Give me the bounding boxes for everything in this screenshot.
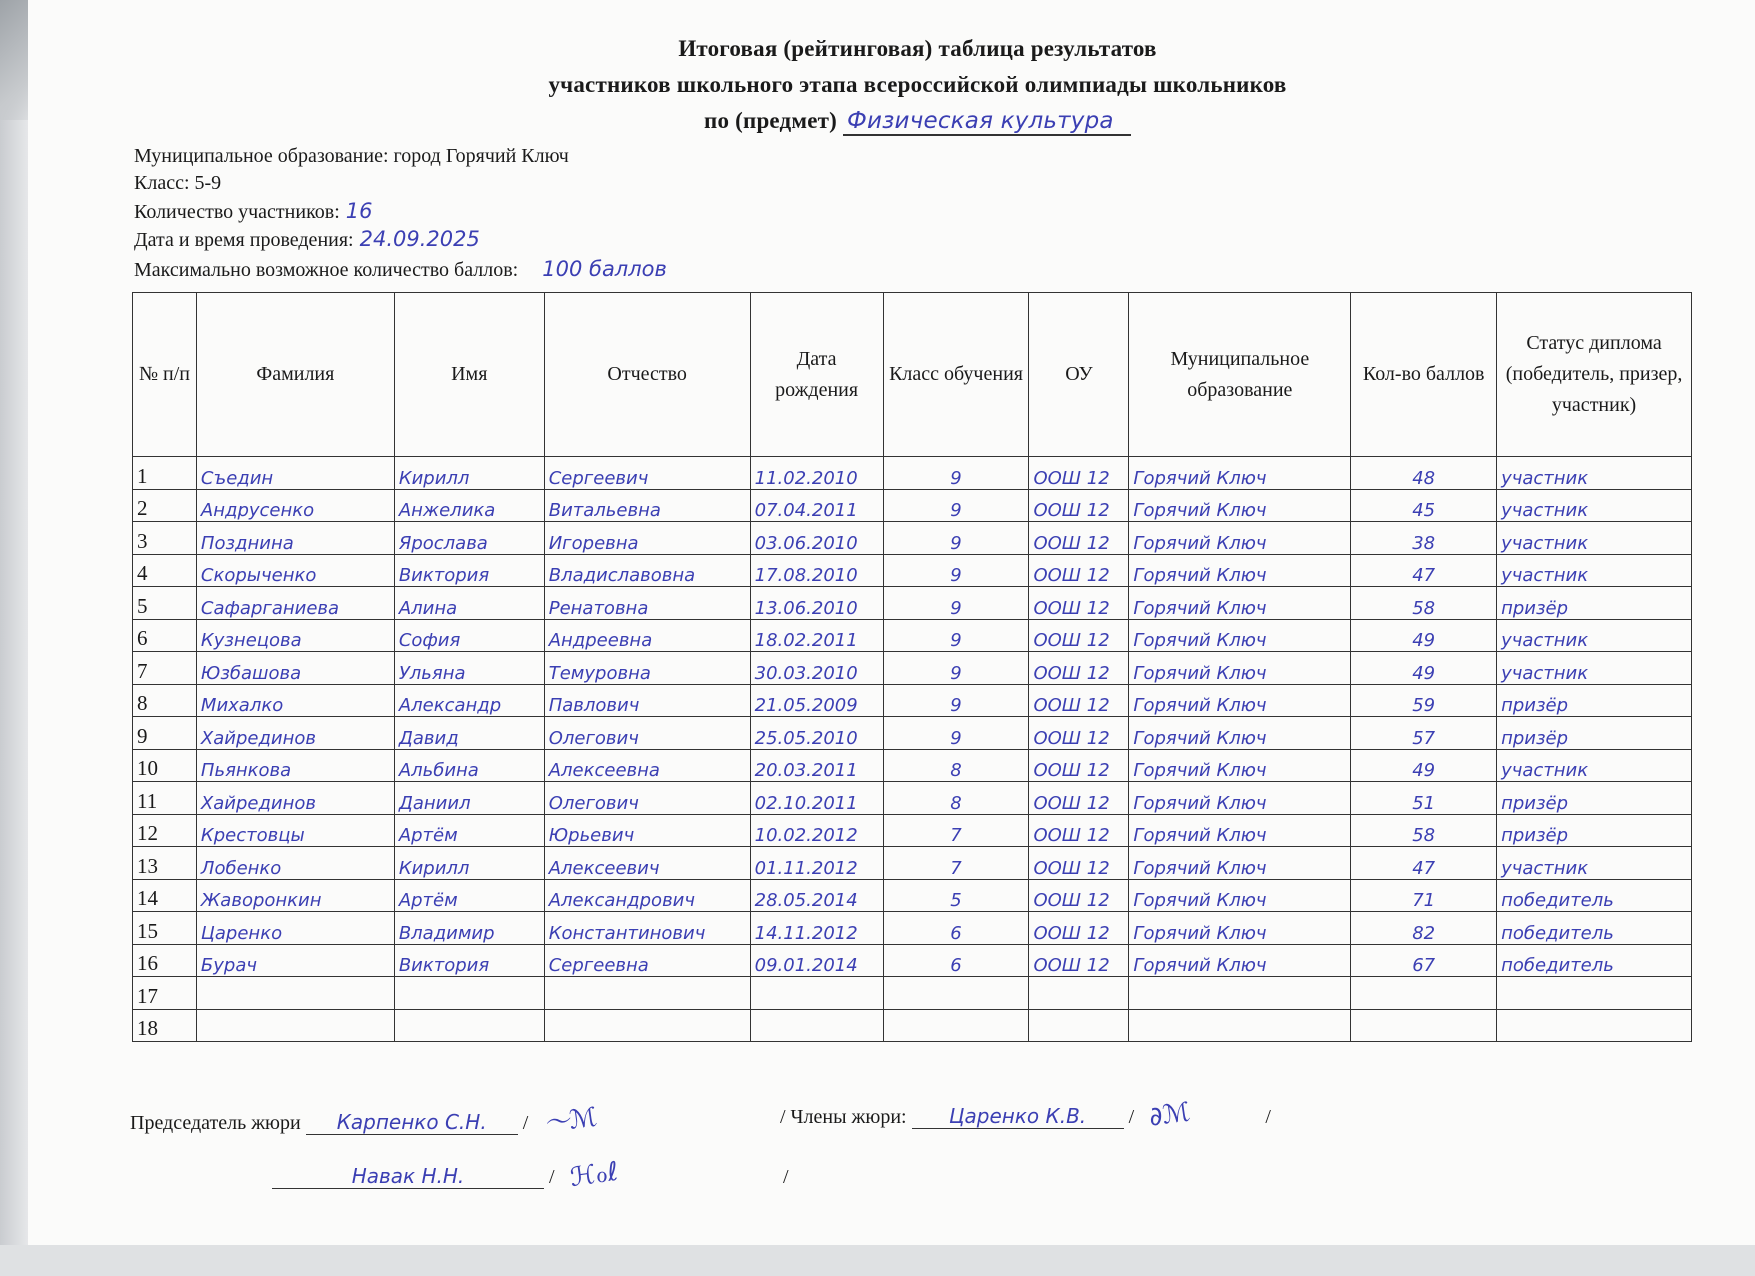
cell-score: 57 bbox=[1351, 717, 1497, 750]
cell-n: 11 bbox=[133, 782, 197, 815]
date-label: Дата и время проведения: bbox=[134, 229, 354, 251]
document-title-line1: Итоговая (рейтинговая) таблица результат… bbox=[40, 36, 1755, 62]
members-label: / Члены жюри: bbox=[780, 1106, 907, 1128]
chair-signature-icon: 〜ℳ bbox=[541, 1096, 599, 1140]
member2-signature-icon: ℋℴℓ bbox=[568, 1157, 620, 1193]
column-header: Фамилия bbox=[196, 293, 394, 457]
cell-school: ООШ 12 bbox=[1029, 587, 1129, 620]
cell-surname: Крестовцы bbox=[196, 814, 394, 847]
cell-n: 8 bbox=[133, 684, 197, 717]
cell-status: победитель bbox=[1497, 879, 1692, 912]
cell-surname: Пьянкова bbox=[196, 749, 394, 782]
cell-name: Ярослава bbox=[394, 522, 544, 555]
column-header: № п/п bbox=[133, 293, 197, 457]
cell-grade: 9 bbox=[883, 717, 1029, 750]
max-score-label: Максимально возможное количество баллов: bbox=[134, 259, 518, 281]
table-row: 3ПозднинаЯрославаИгоревна03.06.20109ООШ … bbox=[133, 522, 1692, 555]
table-row: 2АндрусенкоАнжеликаВитальевна07.04.20119… bbox=[133, 489, 1692, 522]
cell-name: Артём bbox=[394, 814, 544, 847]
cell-school: ООШ 12 bbox=[1029, 912, 1129, 945]
table-row: 12КрестовцыАртёмЮрьевич10.02.20127ООШ 12… bbox=[133, 814, 1692, 847]
cell-grade: 9 bbox=[883, 522, 1029, 555]
cell-name bbox=[394, 1009, 544, 1042]
separator: / bbox=[783, 1166, 789, 1188]
subject-value: Физическая культура bbox=[843, 108, 1131, 136]
meta-participants: Количество участников:16 bbox=[134, 199, 373, 224]
cell-score bbox=[1351, 1009, 1497, 1042]
cell-name: Альбина bbox=[394, 749, 544, 782]
cell-name: Владимир bbox=[394, 912, 544, 945]
cell-grade: 9 bbox=[883, 587, 1029, 620]
cell-patronymic: Ренатовна bbox=[544, 587, 750, 620]
table-row: 4СкорыченкоВикторияВладиславовна17.08.20… bbox=[133, 554, 1692, 587]
cell-score: 51 bbox=[1351, 782, 1497, 815]
cell-surname: Михалко bbox=[196, 684, 394, 717]
cell-name: Анжелика bbox=[394, 489, 544, 522]
cell-school: ООШ 12 bbox=[1029, 717, 1129, 750]
cell-name: Виктория bbox=[394, 554, 544, 587]
cell-patronymic: Олегович bbox=[544, 782, 750, 815]
cell-grade: 7 bbox=[883, 847, 1029, 880]
cell-status: победитель bbox=[1497, 912, 1692, 945]
column-header: Отчество bbox=[544, 293, 750, 457]
cell-municipality: Горячий Ключ bbox=[1129, 912, 1351, 945]
cell-surname bbox=[196, 977, 394, 1010]
cell-patronymic: Темуровна bbox=[544, 652, 750, 685]
cell-score: 59 bbox=[1351, 684, 1497, 717]
table-row: 8МихалкоАлександрПавлович21.05.20099ООШ … bbox=[133, 684, 1692, 717]
date-value: 24.09.2025 bbox=[360, 227, 480, 251]
cell-school: ООШ 12 bbox=[1029, 814, 1129, 847]
cell-status: участник bbox=[1497, 749, 1692, 782]
cell-school: ООШ 12 bbox=[1029, 847, 1129, 880]
cell-municipality: Горячий Ключ bbox=[1129, 847, 1351, 880]
cell-n: 13 bbox=[133, 847, 197, 880]
table-row: 9ХайрединовДавидОлегович25.05.20109ООШ 1… bbox=[133, 717, 1692, 750]
cell-n: 9 bbox=[133, 717, 197, 750]
cell-patronymic: Андреевна bbox=[544, 619, 750, 652]
cell-name: Александр bbox=[394, 684, 544, 717]
cell-patronymic: Олегович bbox=[544, 717, 750, 750]
cell-patronymic: Александрович bbox=[544, 879, 750, 912]
cell-surname: Съедин bbox=[196, 457, 394, 490]
cell-patronymic: Константинович bbox=[544, 912, 750, 945]
participants-value: 16 bbox=[346, 199, 373, 223]
column-header: Имя bbox=[394, 293, 544, 457]
cell-status: призёр bbox=[1497, 782, 1692, 815]
table-row: 11ХайрединовДаниилОлегович02.10.20118ООШ… bbox=[133, 782, 1692, 815]
chair-label: Председатель жюри bbox=[130, 1112, 301, 1134]
cell-dob: 17.08.2010 bbox=[750, 554, 883, 587]
cell-status: победитель bbox=[1497, 944, 1692, 977]
table-row: 18 bbox=[133, 1009, 1692, 1042]
cell-score: 67 bbox=[1351, 944, 1497, 977]
cell-municipality: Горячий Ключ bbox=[1129, 782, 1351, 815]
cell-status: участник bbox=[1497, 847, 1692, 880]
column-header: Кол-во баллов bbox=[1351, 293, 1497, 457]
cell-n: 5 bbox=[133, 587, 197, 620]
cell-n: 1 bbox=[133, 457, 197, 490]
cell-school: ООШ 12 bbox=[1029, 554, 1129, 587]
cell-name: Алина bbox=[394, 587, 544, 620]
cell-municipality: Горячий Ключ bbox=[1129, 522, 1351, 555]
cell-school bbox=[1029, 1009, 1129, 1042]
cell-surname: Лобенко bbox=[196, 847, 394, 880]
cell-score: 58 bbox=[1351, 587, 1497, 620]
cell-municipality: Горячий Ключ bbox=[1129, 684, 1351, 717]
cell-school: ООШ 12 bbox=[1029, 944, 1129, 977]
cell-n: 14 bbox=[133, 879, 197, 912]
cell-grade: 9 bbox=[883, 489, 1029, 522]
cell-school bbox=[1029, 977, 1129, 1010]
meta-class: Класс: 5-9 bbox=[134, 172, 221, 195]
cell-municipality: Горячий Ключ bbox=[1129, 749, 1351, 782]
cell-score: 58 bbox=[1351, 814, 1497, 847]
column-header: ОУ bbox=[1029, 293, 1129, 457]
cell-patronymic: Павлович bbox=[544, 684, 750, 717]
cell-score: 47 bbox=[1351, 847, 1497, 880]
meta-date: Дата и время проведения:24.09.2025 bbox=[134, 227, 480, 252]
cell-grade: 5 bbox=[883, 879, 1029, 912]
cell-school: ООШ 12 bbox=[1029, 879, 1129, 912]
cell-patronymic bbox=[544, 977, 750, 1010]
cell-school: ООШ 12 bbox=[1029, 684, 1129, 717]
column-header: Муниципальное образование bbox=[1129, 293, 1351, 457]
cell-name: Кирилл bbox=[394, 847, 544, 880]
cell-score: 49 bbox=[1351, 749, 1497, 782]
cell-n: 6 bbox=[133, 619, 197, 652]
cell-surname: Хайрединов bbox=[196, 717, 394, 750]
cell-surname: Сафарганиева bbox=[196, 587, 394, 620]
cell-municipality: Горячий Ключ bbox=[1129, 944, 1351, 977]
cell-dob: 20.03.2011 bbox=[750, 749, 883, 782]
document-title-line2: участников школьного этапа всероссийской… bbox=[40, 72, 1755, 98]
cell-dob: 09.01.2014 bbox=[750, 944, 883, 977]
cell-dob: 18.02.2011 bbox=[750, 619, 883, 652]
cell-grade: 9 bbox=[883, 684, 1029, 717]
cell-n: 10 bbox=[133, 749, 197, 782]
cell-municipality: Горячий Ключ bbox=[1129, 879, 1351, 912]
member2-name: Навак Н.Н. bbox=[272, 1164, 544, 1189]
cell-municipality: Горячий Ключ bbox=[1129, 554, 1351, 587]
cell-school: ООШ 12 bbox=[1029, 489, 1129, 522]
cell-municipality: Горячий Ключ bbox=[1129, 587, 1351, 620]
cell-school: ООШ 12 bbox=[1029, 522, 1129, 555]
cell-n: 16 bbox=[133, 944, 197, 977]
cell-status: участник bbox=[1497, 652, 1692, 685]
cell-surname: Бурач bbox=[196, 944, 394, 977]
table-row: 17 bbox=[133, 977, 1692, 1010]
cell-status bbox=[1497, 1009, 1692, 1042]
cell-surname: Хайрединов bbox=[196, 782, 394, 815]
cell-patronymic: Алексеевна bbox=[544, 749, 750, 782]
cell-status: призёр bbox=[1497, 814, 1692, 847]
table-row: 14ЖаворонкинАртёмАлександрович28.05.2014… bbox=[133, 879, 1692, 912]
cell-n: 18 bbox=[133, 1009, 197, 1042]
cell-dob: 21.05.2009 bbox=[750, 684, 883, 717]
cell-name: Артём bbox=[394, 879, 544, 912]
cell-grade: 8 bbox=[883, 782, 1029, 815]
cell-municipality bbox=[1129, 1009, 1351, 1042]
cell-dob: 14.11.2012 bbox=[750, 912, 883, 945]
cell-dob: 02.10.2011 bbox=[750, 782, 883, 815]
cell-dob: 25.05.2010 bbox=[750, 717, 883, 750]
cell-dob: 03.06.2010 bbox=[750, 522, 883, 555]
cell-grade: 9 bbox=[883, 619, 1029, 652]
cell-score: 48 bbox=[1351, 457, 1497, 490]
results-table: № п/пФамилияИмяОтчествоДата рожденияКлас… bbox=[132, 292, 1692, 1042]
cell-n: 3 bbox=[133, 522, 197, 555]
cell-score bbox=[1351, 977, 1497, 1010]
cell-name bbox=[394, 977, 544, 1010]
table-header-row: № п/пФамилияИмяОтчествоДата рожденияКлас… bbox=[133, 293, 1692, 457]
cell-municipality: Горячий Ключ bbox=[1129, 489, 1351, 522]
cell-status: призёр bbox=[1497, 684, 1692, 717]
separator: / bbox=[523, 1112, 529, 1134]
cell-municipality: Горячий Ключ bbox=[1129, 717, 1351, 750]
cell-name: Даниил bbox=[394, 782, 544, 815]
jury-members: / Члены жюри: Царенко К.В. / ∂ℳ / bbox=[780, 1100, 1271, 1130]
cell-name: Кирилл bbox=[394, 457, 544, 490]
cell-status: участник bbox=[1497, 554, 1692, 587]
cell-n: 12 bbox=[133, 814, 197, 847]
member1-signature-icon: ∂ℳ bbox=[1147, 1097, 1192, 1132]
document-title-subject: по (предмет) Физическая культура bbox=[40, 108, 1755, 136]
separator: / bbox=[549, 1166, 555, 1188]
cell-score: 82 bbox=[1351, 912, 1497, 945]
cell-dob: 10.02.2012 bbox=[750, 814, 883, 847]
table-row: 16БурачВикторияСергеевна09.01.20146ООШ 1… bbox=[133, 944, 1692, 977]
cell-patronymic: Сергеевна bbox=[544, 944, 750, 977]
jury-chair: Председатель жюри Карпенко С.Н. / 〜ℳ bbox=[130, 1100, 607, 1137]
cell-dob: 28.05.2014 bbox=[750, 879, 883, 912]
cell-grade: 9 bbox=[883, 457, 1029, 490]
cell-dob: 11.02.2010 bbox=[750, 457, 883, 490]
separator: / bbox=[1129, 1106, 1135, 1128]
participants-label: Количество участников: bbox=[134, 201, 340, 223]
jury-member2: Навак Н.Н. / ℋℴℓ / bbox=[272, 1160, 789, 1190]
cell-school: ООШ 12 bbox=[1029, 782, 1129, 815]
cell-municipality: Горячий Ключ bbox=[1129, 652, 1351, 685]
cell-name: Давид bbox=[394, 717, 544, 750]
cell-surname: Скорыченко bbox=[196, 554, 394, 587]
cell-grade: 7 bbox=[883, 814, 1029, 847]
cell-status: участник bbox=[1497, 489, 1692, 522]
cell-status: призёр bbox=[1497, 717, 1692, 750]
cell-patronymic: Алексеевич bbox=[544, 847, 750, 880]
cell-status: участник bbox=[1497, 619, 1692, 652]
member1-name: Царенко К.В. bbox=[912, 1104, 1124, 1129]
cell-score: 49 bbox=[1351, 619, 1497, 652]
table-row: 6КузнецоваСофияАндреевна18.02.20119ООШ 1… bbox=[133, 619, 1692, 652]
column-header: Дата рождения bbox=[750, 293, 883, 457]
cell-status: участник bbox=[1497, 522, 1692, 555]
meta-max-score: Максимально возможное количество баллов:… bbox=[134, 257, 667, 282]
cell-dob bbox=[750, 977, 883, 1010]
chair-name: Карпенко С.Н. bbox=[306, 1110, 518, 1135]
cell-municipality: Горячий Ключ bbox=[1129, 457, 1351, 490]
cell-n: 4 bbox=[133, 554, 197, 587]
cell-dob: 30.03.2010 bbox=[750, 652, 883, 685]
table-row: 7ЮзбашоваУльянаТемуровна30.03.20109ООШ 1… bbox=[133, 652, 1692, 685]
cell-grade: 9 bbox=[883, 652, 1029, 685]
cell-municipality bbox=[1129, 977, 1351, 1010]
scan-bottom-edge bbox=[0, 1245, 1755, 1276]
cell-school: ООШ 12 bbox=[1029, 457, 1129, 490]
cell-status bbox=[1497, 977, 1692, 1010]
cell-status: участник bbox=[1497, 457, 1692, 490]
cell-patronymic: Игоревна bbox=[544, 522, 750, 555]
cell-grade: 6 bbox=[883, 944, 1029, 977]
table-row: 5СафарганиеваАлинаРенатовна13.06.20109ОО… bbox=[133, 587, 1692, 620]
cell-school: ООШ 12 bbox=[1029, 749, 1129, 782]
cell-surname: Жаворонкин bbox=[196, 879, 394, 912]
cell-grade bbox=[883, 977, 1029, 1010]
cell-score: 47 bbox=[1351, 554, 1497, 587]
cell-grade bbox=[883, 1009, 1029, 1042]
cell-grade: 8 bbox=[883, 749, 1029, 782]
cell-score: 38 bbox=[1351, 522, 1497, 555]
cell-school: ООШ 12 bbox=[1029, 652, 1129, 685]
cell-name: Ульяна bbox=[394, 652, 544, 685]
cell-surname: Царенко bbox=[196, 912, 394, 945]
cell-surname: Кузнецова bbox=[196, 619, 394, 652]
subject-label: по (предмет) bbox=[704, 108, 837, 133]
cell-surname: Позднина bbox=[196, 522, 394, 555]
cell-dob bbox=[750, 1009, 883, 1042]
cell-municipality: Горячий Ключ bbox=[1129, 814, 1351, 847]
separator: / bbox=[1265, 1106, 1271, 1128]
cell-n: 17 bbox=[133, 977, 197, 1010]
scan-edge bbox=[0, 0, 28, 1276]
cell-name: София bbox=[394, 619, 544, 652]
cell-grade: 6 bbox=[883, 912, 1029, 945]
cell-score: 45 bbox=[1351, 489, 1497, 522]
table-row: 15ЦаренкоВладимирКонстантинович14.11.201… bbox=[133, 912, 1692, 945]
cell-score: 71 bbox=[1351, 879, 1497, 912]
cell-status: призёр bbox=[1497, 587, 1692, 620]
cell-municipality: Горячий Ключ bbox=[1129, 619, 1351, 652]
cell-n: 2 bbox=[133, 489, 197, 522]
column-header: Статус диплома (победитель, призер, учас… bbox=[1497, 293, 1692, 457]
cell-surname: Андрусенко bbox=[196, 489, 394, 522]
cell-grade: 9 bbox=[883, 554, 1029, 587]
table-row: 10ПьянковаАльбинаАлексеевна20.03.20118ОО… bbox=[133, 749, 1692, 782]
cell-surname: Юзбашова bbox=[196, 652, 394, 685]
cell-dob: 01.11.2012 bbox=[750, 847, 883, 880]
cell-patronymic: Витальевна bbox=[544, 489, 750, 522]
table-body: 1СъединКириллСергеевич11.02.20109ООШ 12Г… bbox=[133, 457, 1692, 1042]
cell-patronymic bbox=[544, 1009, 750, 1042]
cell-patronymic: Юрьевич bbox=[544, 814, 750, 847]
cell-dob: 13.06.2010 bbox=[750, 587, 883, 620]
cell-name: Виктория bbox=[394, 944, 544, 977]
column-header: Класс обучения bbox=[883, 293, 1029, 457]
cell-patronymic: Сергеевич bbox=[544, 457, 750, 490]
table-row: 1СъединКириллСергеевич11.02.20109ООШ 12Г… bbox=[133, 457, 1692, 490]
cell-n: 15 bbox=[133, 912, 197, 945]
cell-score: 49 bbox=[1351, 652, 1497, 685]
cell-patronymic: Владиславовна bbox=[544, 554, 750, 587]
meta-municipality: Муниципальное образование: город Горячий… bbox=[134, 145, 569, 168]
cell-school: ООШ 12 bbox=[1029, 619, 1129, 652]
cell-dob: 07.04.2011 bbox=[750, 489, 883, 522]
cell-surname bbox=[196, 1009, 394, 1042]
cell-n: 7 bbox=[133, 652, 197, 685]
max-score-value: 100 баллов bbox=[542, 257, 667, 281]
table-row: 13ЛобенкоКириллАлексеевич01.11.20127ООШ … bbox=[133, 847, 1692, 880]
